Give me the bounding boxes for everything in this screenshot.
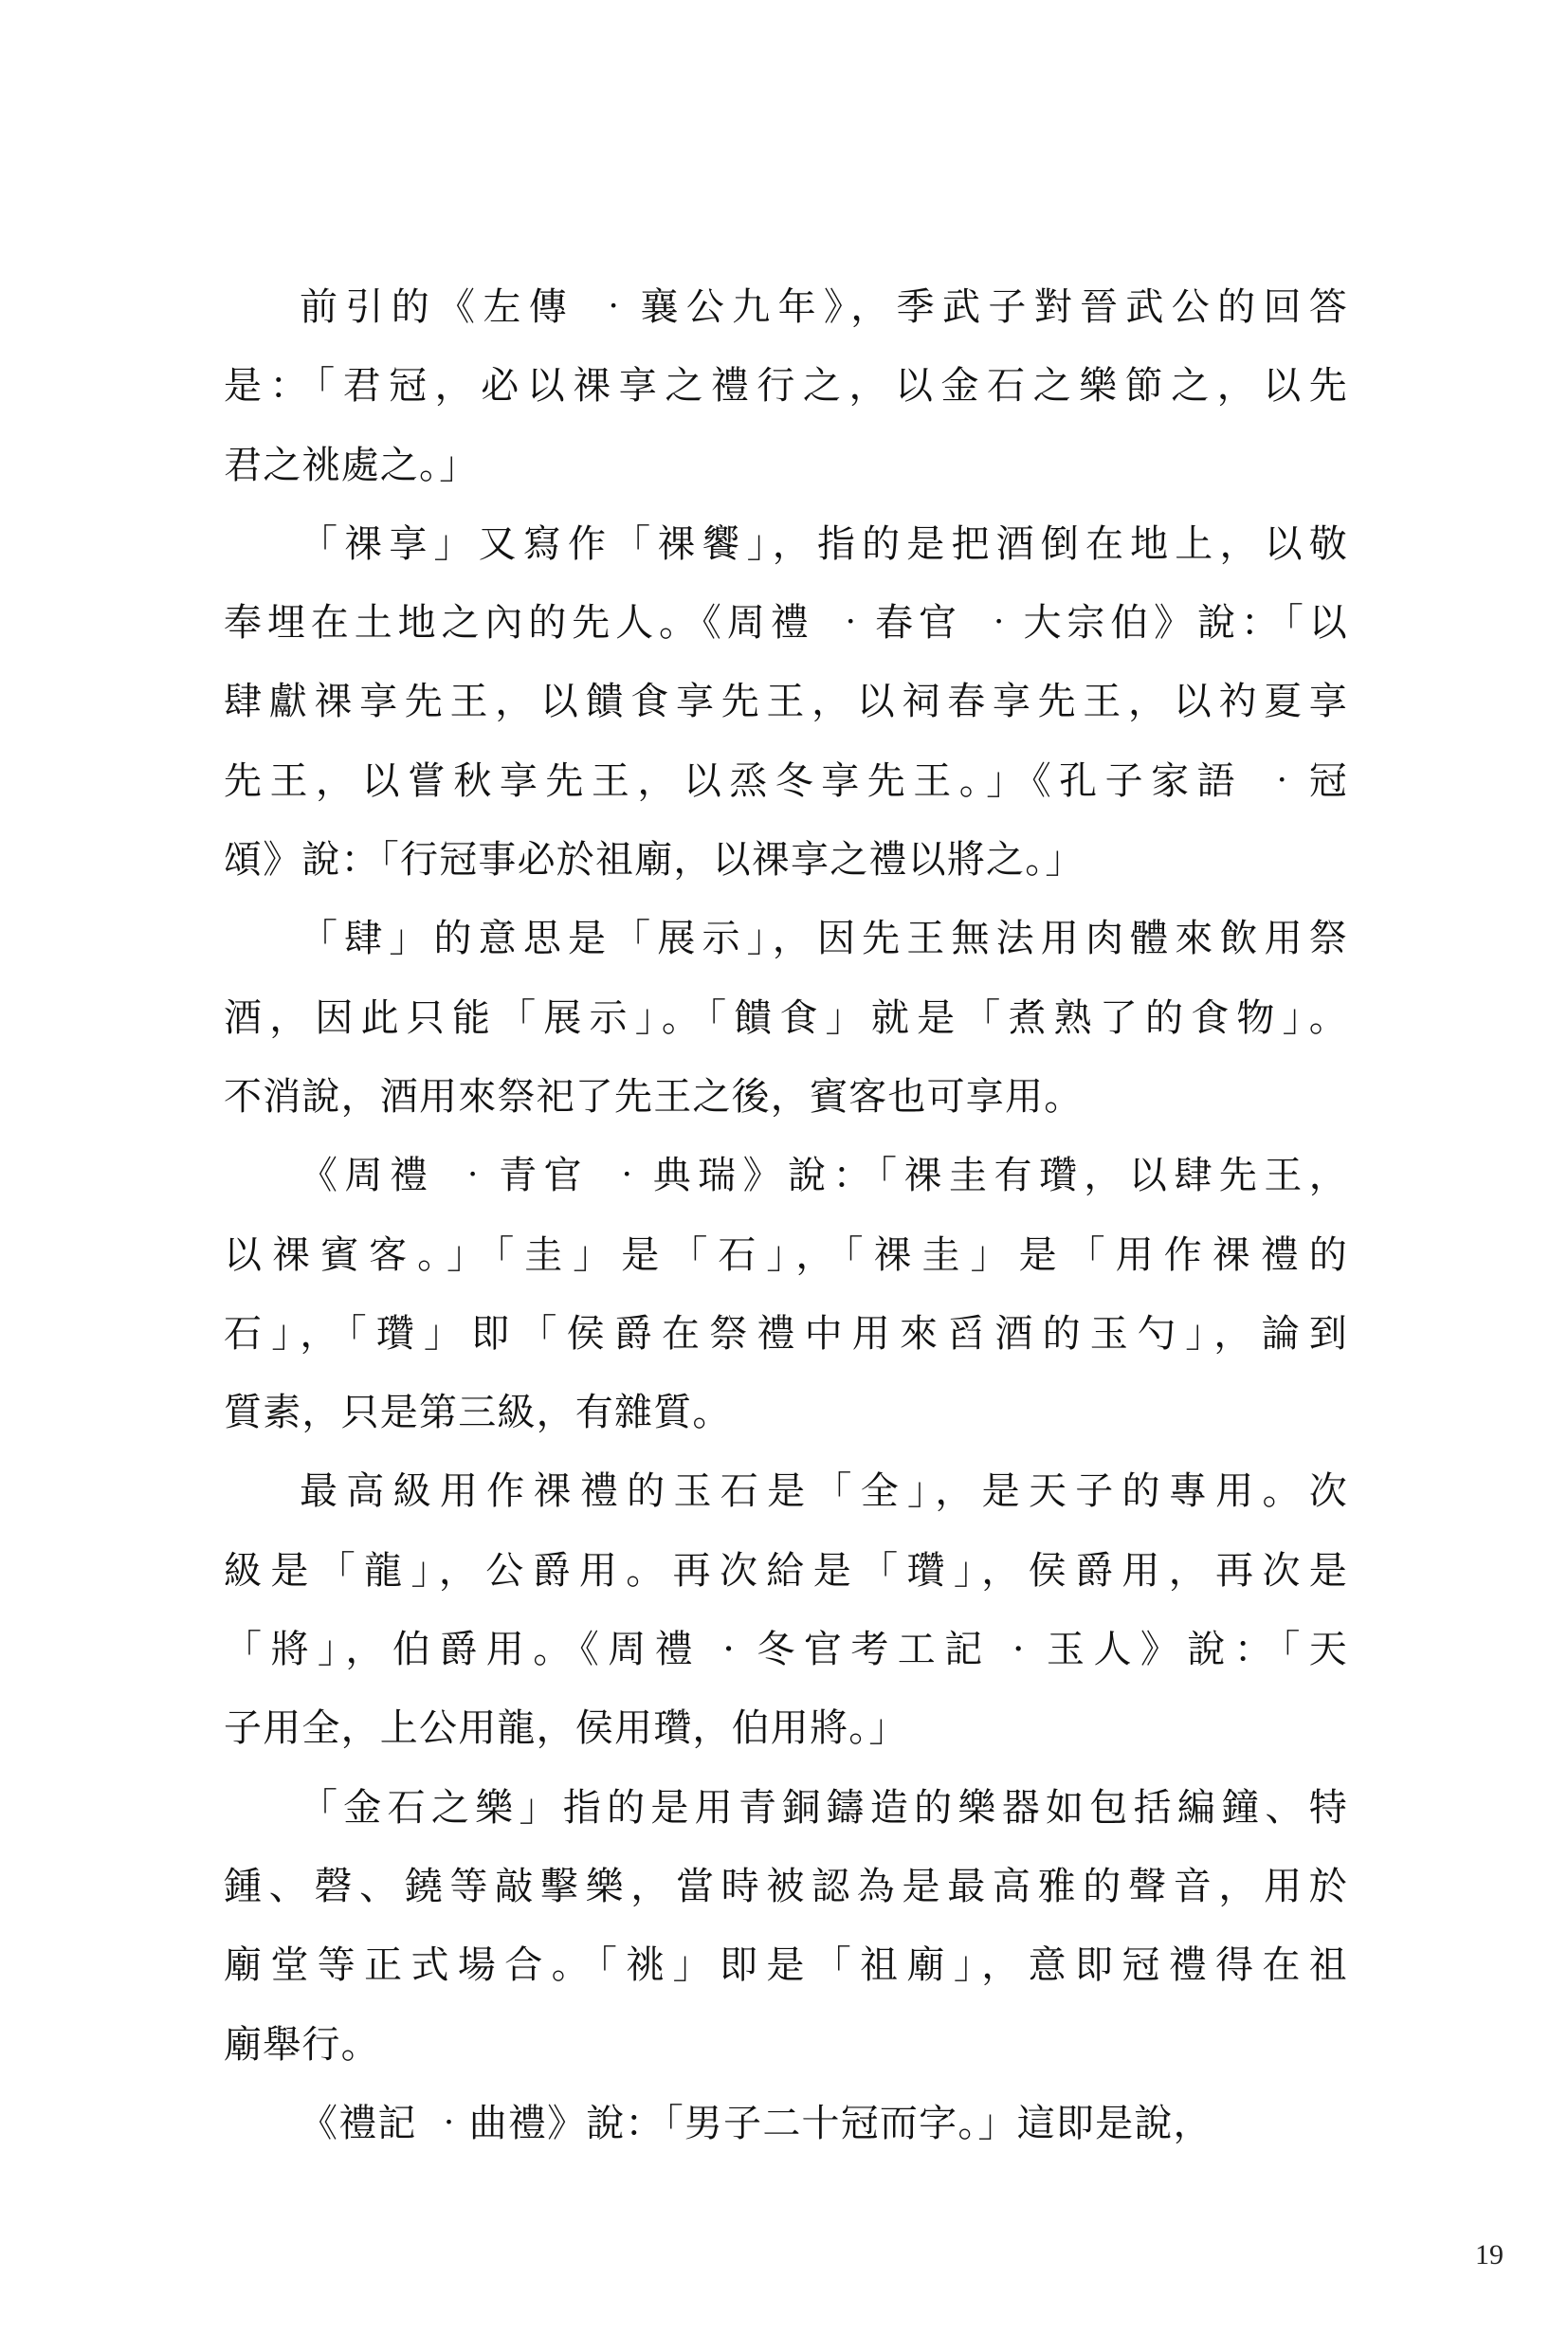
text-line: 「將」，伯爵用。《周禮 · 冬官考工記 · 玉人》說：「天: [224, 1611, 1348, 1689]
text-line: 廟舉行。: [224, 2006, 1348, 2085]
text-line: 石」，「瓚」即「侯爵在祭禮中用來舀酒的玉勺」，論到: [224, 1295, 1348, 1374]
text-line: 以祼賓客。」「圭」是「石」，「祼圭」是「用作祼禮的: [224, 1216, 1348, 1295]
paragraph: 「祼享」又寫作「祼饗」，指的是把酒倒在地上，以敬 奉埋在土地之內的先人。《周禮 …: [224, 505, 1348, 900]
text-line: 是：「君冠，必以祼享之禮行之，以金石之樂節之，以先: [224, 347, 1348, 426]
text-line: 先王，以嘗秋享先王，以烝冬享先王。」《孔子家語 ‧冠: [224, 742, 1348, 821]
paragraph: 「肆」的意思是「展示」，因先王無法用肉體來飲用祭 酒，因此只能「展示」。「饋食」…: [224, 900, 1348, 1137]
text-line: 《周禮 ‧青官 ‧典瑞》說：「祼圭有瓚，以肆先王，: [224, 1137, 1348, 1215]
text-line: 君之祧處之。」: [224, 427, 1348, 505]
text-line: 廟堂等正式場合。「祧」即是「祖廟」，意即冠禮得在祖: [224, 1926, 1348, 2005]
text-line: 級是「龍」，公爵用。再次給是「瓚」，侯爵用，再次是: [224, 1532, 1348, 1611]
paragraph: 最高級用作祼禮的玉石是「全」，是天子的專用。次 級是「龍」，公爵用。再次給是「瓚…: [224, 1452, 1348, 1768]
page-body: 前引的《左傳 ‧襄公九年》，季武子對晉武公的回答 是：「君冠，必以祼享之禮行之，…: [224, 268, 1348, 2163]
text-line: 前引的《左傳 ‧襄公九年》，季武子對晉武公的回答: [224, 268, 1348, 347]
paragraph: 《禮記 ‧曲禮》說：「男子二十冠而字。」這即是說，: [224, 2085, 1348, 2163]
paragraph: 「金石之樂」指的是用青銅鑄造的樂器如包括編鐘、特 鍾、磬、鐃等敲擊樂，當時被認為…: [224, 1769, 1348, 2085]
paragraph: 前引的《左傳 ‧襄公九年》，季武子對晉武公的回答 是：「君冠，必以祼享之禮行之，…: [224, 268, 1348, 505]
paragraph: 《周禮 ‧青官 ‧典瑞》說：「祼圭有瓚，以肆先王， 以祼賓客。」「圭」是「石」，…: [224, 1137, 1348, 1452]
text-line: 頌》說：「行冠事必於祖廟，以祼享之禮以將之。」: [224, 821, 1348, 900]
text-line: 不消說，酒用來祭祀了先王之後，賓客也可享用。: [224, 1058, 1348, 1137]
text-line: 「肆」的意思是「展示」，因先王無法用肉體來飲用祭: [224, 900, 1348, 978]
page-number: 19: [1475, 2239, 1504, 2271]
text-line: 「祼享」又寫作「祼饗」，指的是把酒倒在地上，以敬: [224, 505, 1348, 584]
text-line: 子用全，上公用龍，侯用瓚，伯用將。」: [224, 1689, 1348, 1768]
text-line: 鍾、磬、鐃等敲擊樂，當時被認為是最高雅的聲音，用於: [224, 1848, 1348, 1926]
text-line: 酒，因此只能「展示」。「饋食」就是「煮熟了的食物」。: [224, 979, 1348, 1058]
text-line: 肆獻祼享先王，以饋食享先王，以祠春享先王，以礿夏享: [224, 663, 1348, 741]
text-line: 「金石之樂」指的是用青銅鑄造的樂器如包括編鐘、特: [224, 1769, 1348, 1848]
text-line: 質素，只是第三級，有雜質。: [224, 1374, 1348, 1452]
text-line: 《禮記 ‧曲禮》說：「男子二十冠而字。」這即是說，: [224, 2085, 1348, 2163]
text-line: 最高級用作祼禮的玉石是「全」，是天子的專用。次: [224, 1452, 1348, 1531]
text-line: 奉埋在土地之內的先人。《周禮 ‧春官 ‧大宗伯》說：「以: [224, 584, 1348, 663]
